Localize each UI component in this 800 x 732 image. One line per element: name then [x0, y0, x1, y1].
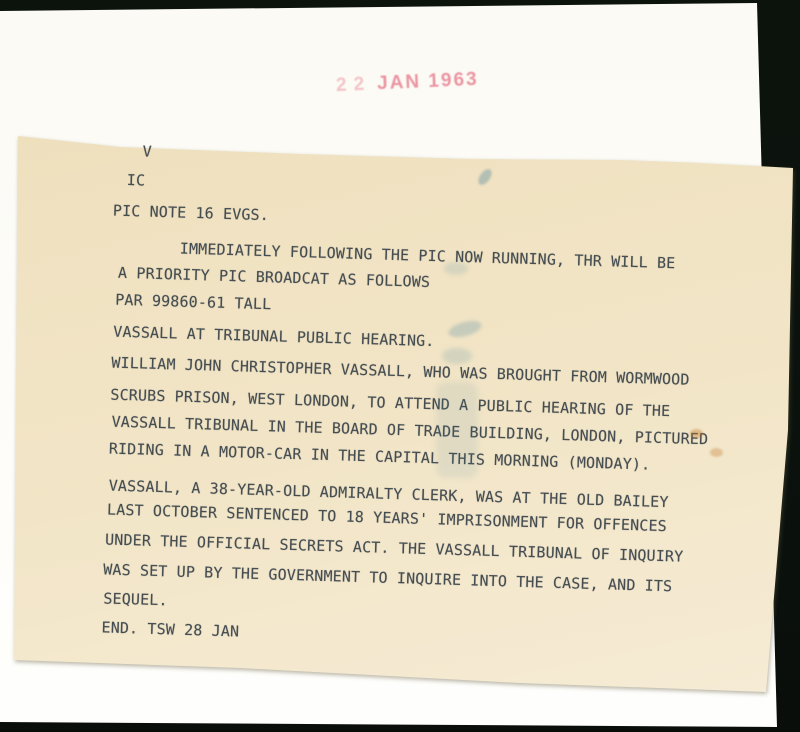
- typewritten-line-1: IC: [127, 173, 146, 189]
- typewritten-line-0: V: [142, 144, 152, 159]
- scan-root: 22JAN 1963 V IC PIC NOTE 16 EVGS. IMMEDI…: [0, 0, 800, 732]
- typewritten-line-14: WAS SET UP BY THE GOVERNMENT TO INQUIRE …: [103, 562, 672, 594]
- typewritten-text-block: V IC PIC NOTE 16 EVGS. IMMEDIATELY FOLLO…: [79, 140, 744, 689]
- typewritten-line-15: SEQUEL.: [103, 591, 168, 608]
- typewritten-line-7: WILLIAM JOHN CHRISTOPHER VASSALL, WHO WA…: [111, 356, 690, 388]
- typewritten-line-16: END. TSW 28 JAN: [101, 620, 239, 639]
- orange-stain-spot: [710, 448, 723, 457]
- typewritten-line-13: UNDER THE OFFICIAL SECRETS ACT. THE VASS…: [105, 532, 684, 564]
- typewritten-line-10: RIDING IN A MOTOR-CAR IN THE CAPITAL THI…: [109, 442, 651, 473]
- blue-ink-smudge: [444, 262, 468, 275]
- stamp-day: 22: [336, 74, 372, 97]
- orange-stain-spot: [690, 429, 703, 438]
- blue-ink-smudge: [442, 348, 472, 364]
- stamp-month-year: JAN 1963: [377, 69, 479, 94]
- blue-ink-smudge: [436, 382, 478, 478]
- typewritten-line-5: PAR 99860-61 TALL: [115, 293, 271, 313]
- typewritten-line-2: PIC NOTE 16 EVGS.: [113, 204, 269, 224]
- typewritten-line-6: VASSALL AT TRIBUNAL PUBLIC HEARING.: [113, 325, 435, 350]
- typewritten-line-4: A PRIORITY PIC BROADCAT AS FOLLOWS: [118, 266, 430, 290]
